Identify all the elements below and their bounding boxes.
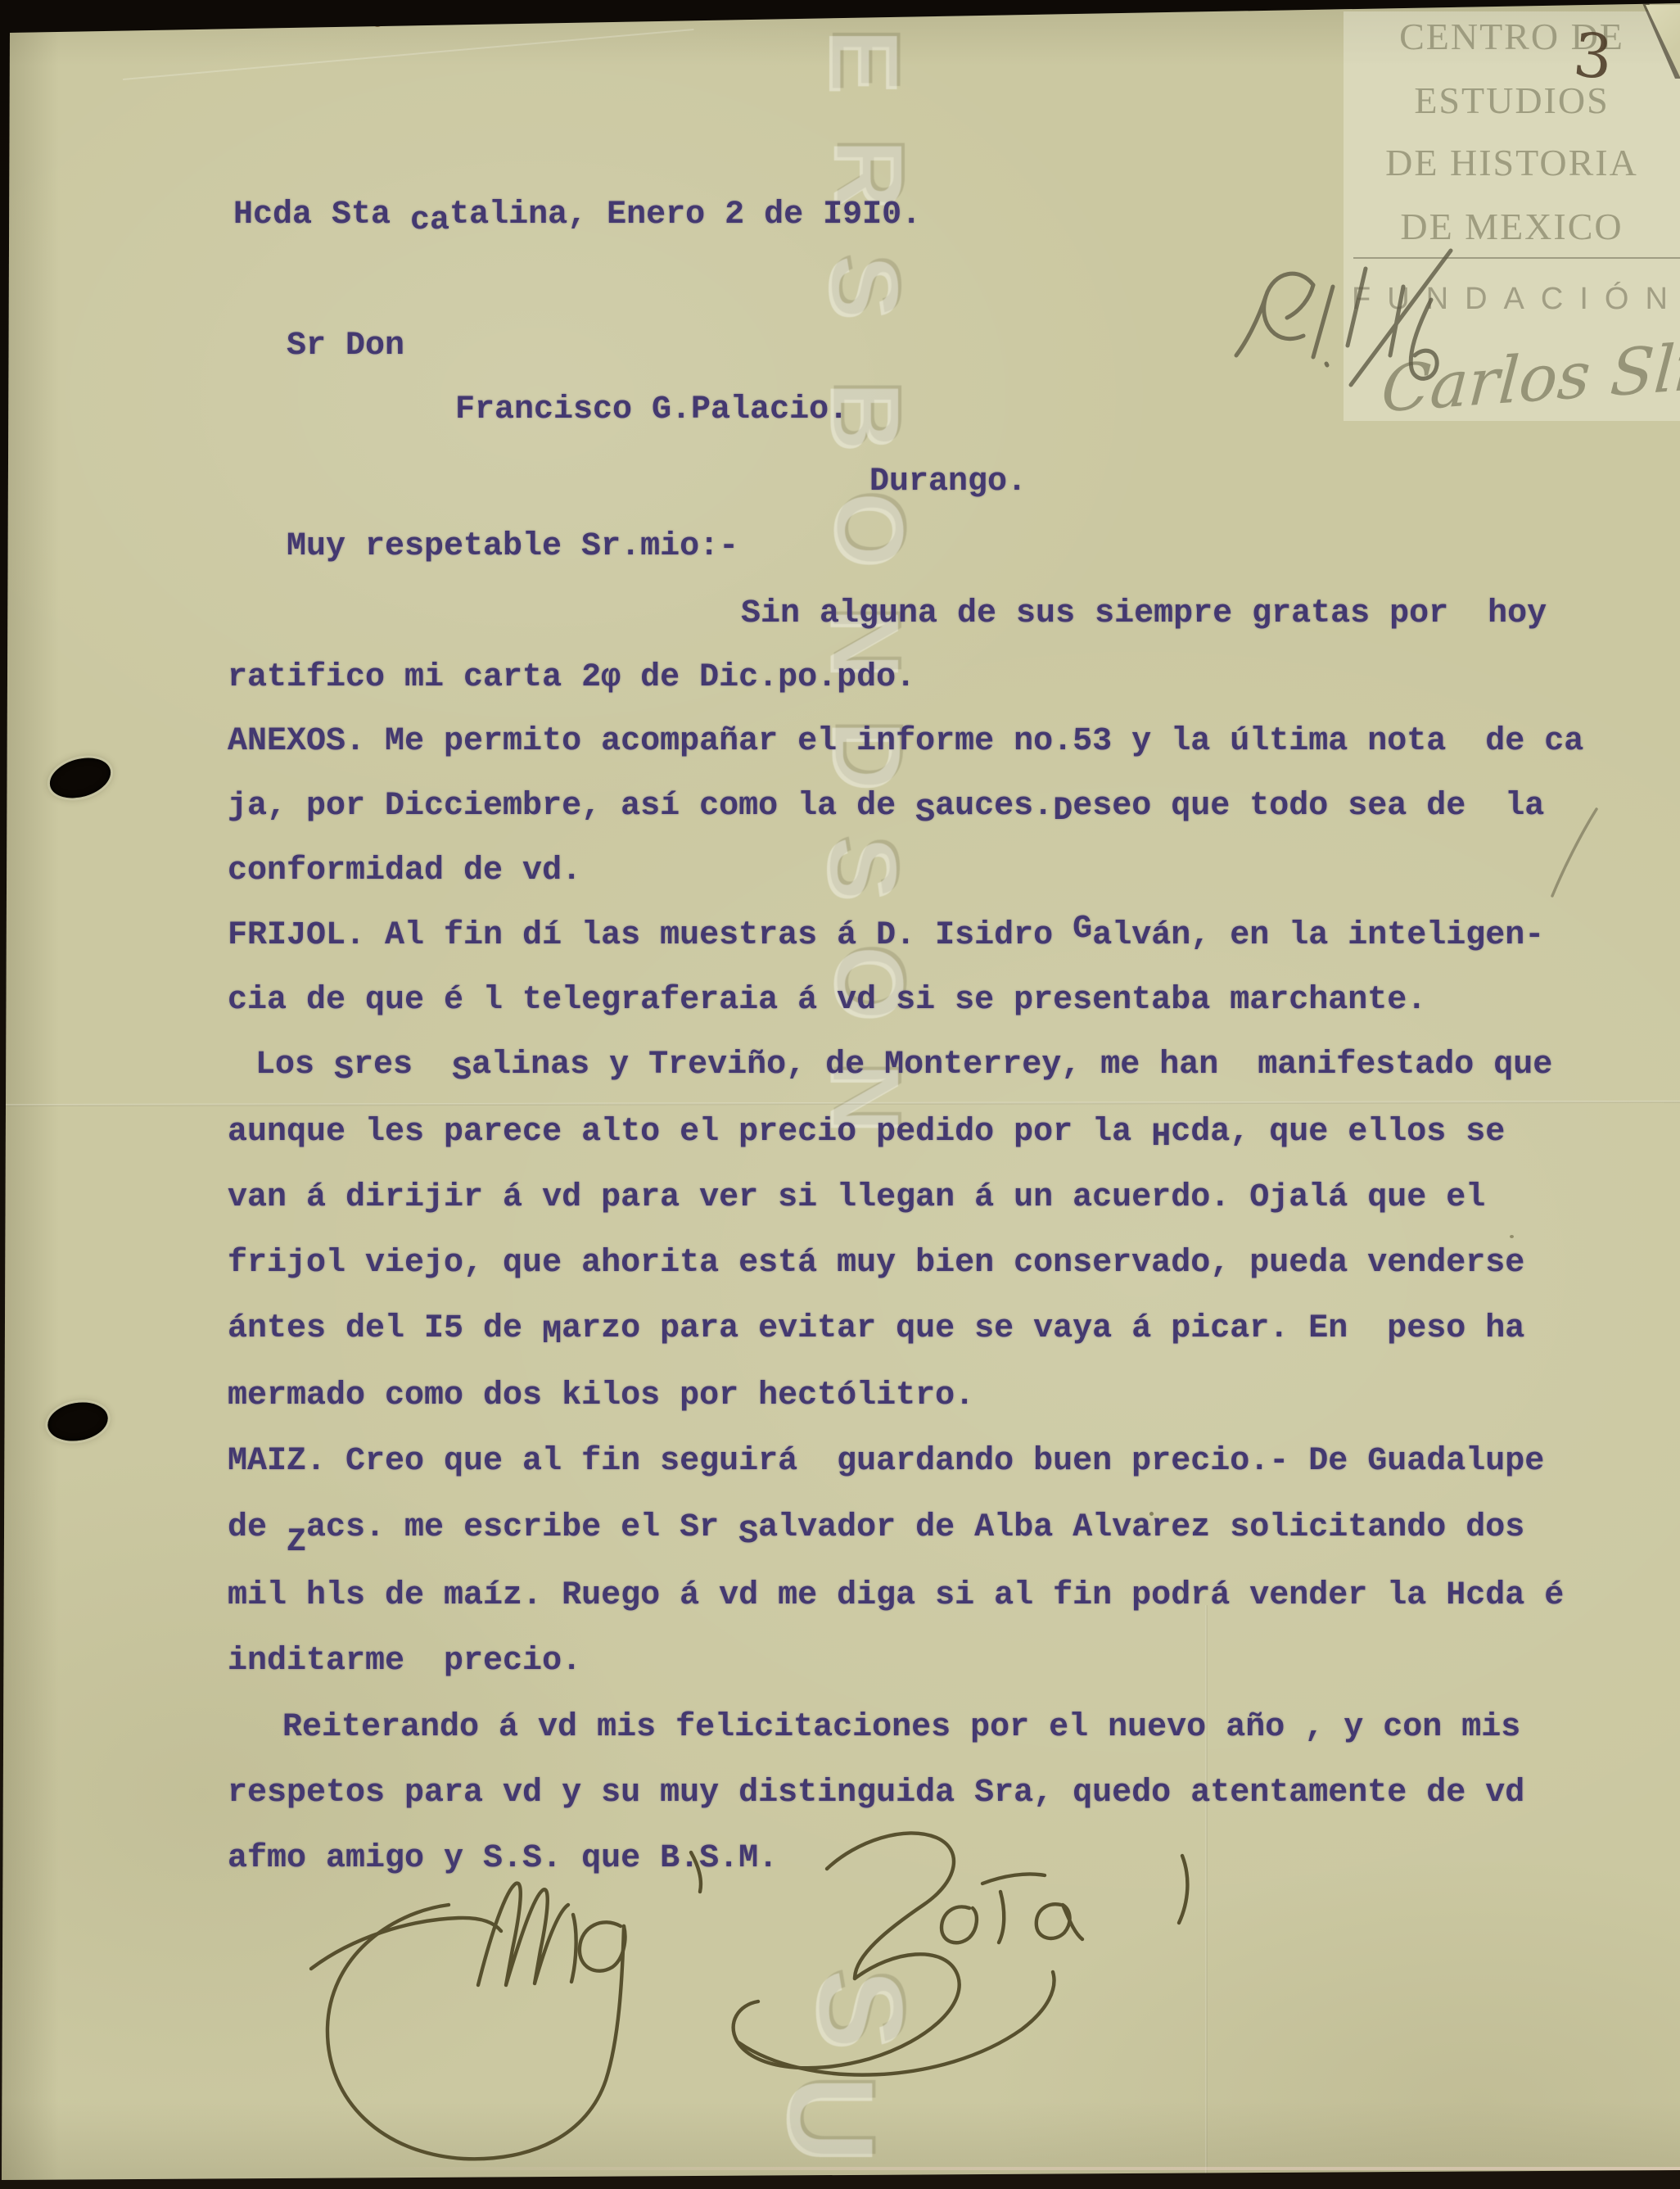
letter-line: Sr Don	[287, 328, 404, 364]
letter-line: Sin alguna de sus siempre gratas por hoy	[741, 595, 1547, 632]
letter-line: inditarme precio.	[228, 1643, 581, 1680]
letter-line: Francisco G.Palacio.	[455, 391, 848, 428]
embossed-letter: S	[814, 835, 912, 901]
paper-speck	[1510, 1235, 1514, 1238]
watermark-line: CENTRO DE	[1344, 15, 1680, 58]
letter-line: ántes del I5 de Marzo para evitar que se…	[228, 1310, 1524, 1347]
letter-line: mil hls de maíz. Ruego á vd me diga si a…	[228, 1577, 1564, 1614]
letter-line: ja, por Dicciembre, así como la de Sauce…	[228, 788, 1544, 825]
letter-line: Durango.	[869, 464, 1027, 500]
paper-speck	[373, 21, 382, 27]
letter-line: Muy respetable Sr.mio:-	[287, 528, 738, 565]
handwritten-page-number: 3	[1570, 20, 1615, 93]
letter-line: MAIZ. Creo que al fin seguirá guardando …	[228, 1443, 1544, 1480]
letter-line: conformidad de vd.	[228, 853, 581, 889]
letter-line: mermado como dos kilos por hectólitro.	[228, 1377, 974, 1414]
fold-crease-diagonal	[123, 29, 694, 80]
letter-line: Reiterando á vd mis felicitaciones por e…	[282, 1709, 1520, 1746]
punch-hole	[45, 751, 115, 804]
embossed-letter: S	[800, 1968, 923, 2050]
embossed-letter: U	[770, 2074, 893, 2163]
paper-speck	[1149, 1512, 1154, 1516]
letter-line: frijol viejo, que ahorita está muy bien …	[228, 1245, 1524, 1282]
letter-line: Los Sres Salinas y Treviño, de Monterrey…	[255, 1047, 1552, 1083]
watermark-rule	[1353, 257, 1680, 259]
photographed-document: ERSBONDSONSU CENTRO DE ESTUDIOS DE HISTO…	[0, 0, 1680, 2189]
letter-line: cia de que é l telegraferaia á vd si se …	[228, 982, 1426, 1019]
embossed-letter: S	[815, 254, 914, 319]
paper-bottom-edge	[344, 2167, 1680, 2170]
letter-line: aunque les parece alto el precio pedido …	[228, 1114, 1505, 1151]
watermark-line: DE MEXICO	[1344, 205, 1680, 248]
letter-line: ratifico mi carta 2φ de Dic.po.pdo.	[228, 659, 915, 696]
pencil-check-mark	[1552, 809, 1596, 896]
letter-line: ANEXOS. Me permito acompañar el informe …	[228, 723, 1583, 760]
watermark-foundation-label: FUNDACIÓN	[1352, 282, 1680, 317]
fold-crease-vertical	[1205, 1605, 1208, 2180]
letter-line: Hcda Sta catalina, Enero 2 de I9I0.	[233, 197, 921, 233]
letter-line: van á dirijir á vd para ver si llegan á …	[228, 1179, 1485, 1216]
punch-hole	[45, 1398, 111, 1445]
watermark-line: DE HISTORIA	[1344, 141, 1680, 184]
letter-line: afmo amigo y S.S. que B.S.M.	[228, 1840, 778, 1877]
letter-line: FRIJOL. Al fin dí las muestras á D. Isid…	[228, 917, 1544, 954]
letter-line: respetos para vd y su muy distinguida Sr…	[228, 1775, 1524, 1811]
watermark-line: ESTUDIOS	[1344, 79, 1680, 122]
embossed-letter: E	[815, 28, 914, 93]
letter-paper: ERSBONDSONSU CENTRO DE ESTUDIOS DE HISTO…	[0, 0, 1680, 2189]
embossed-letter: O	[821, 491, 919, 567]
archive-watermark: CENTRO DE ESTUDIOS DE HISTORIA DE MEXICO…	[1344, 11, 1680, 421]
letter-line: de Zacs. me escribe el Sr Salvador de Al…	[228, 1509, 1524, 1546]
watermark-script-name: Carlos Slim	[1379, 324, 1680, 421]
